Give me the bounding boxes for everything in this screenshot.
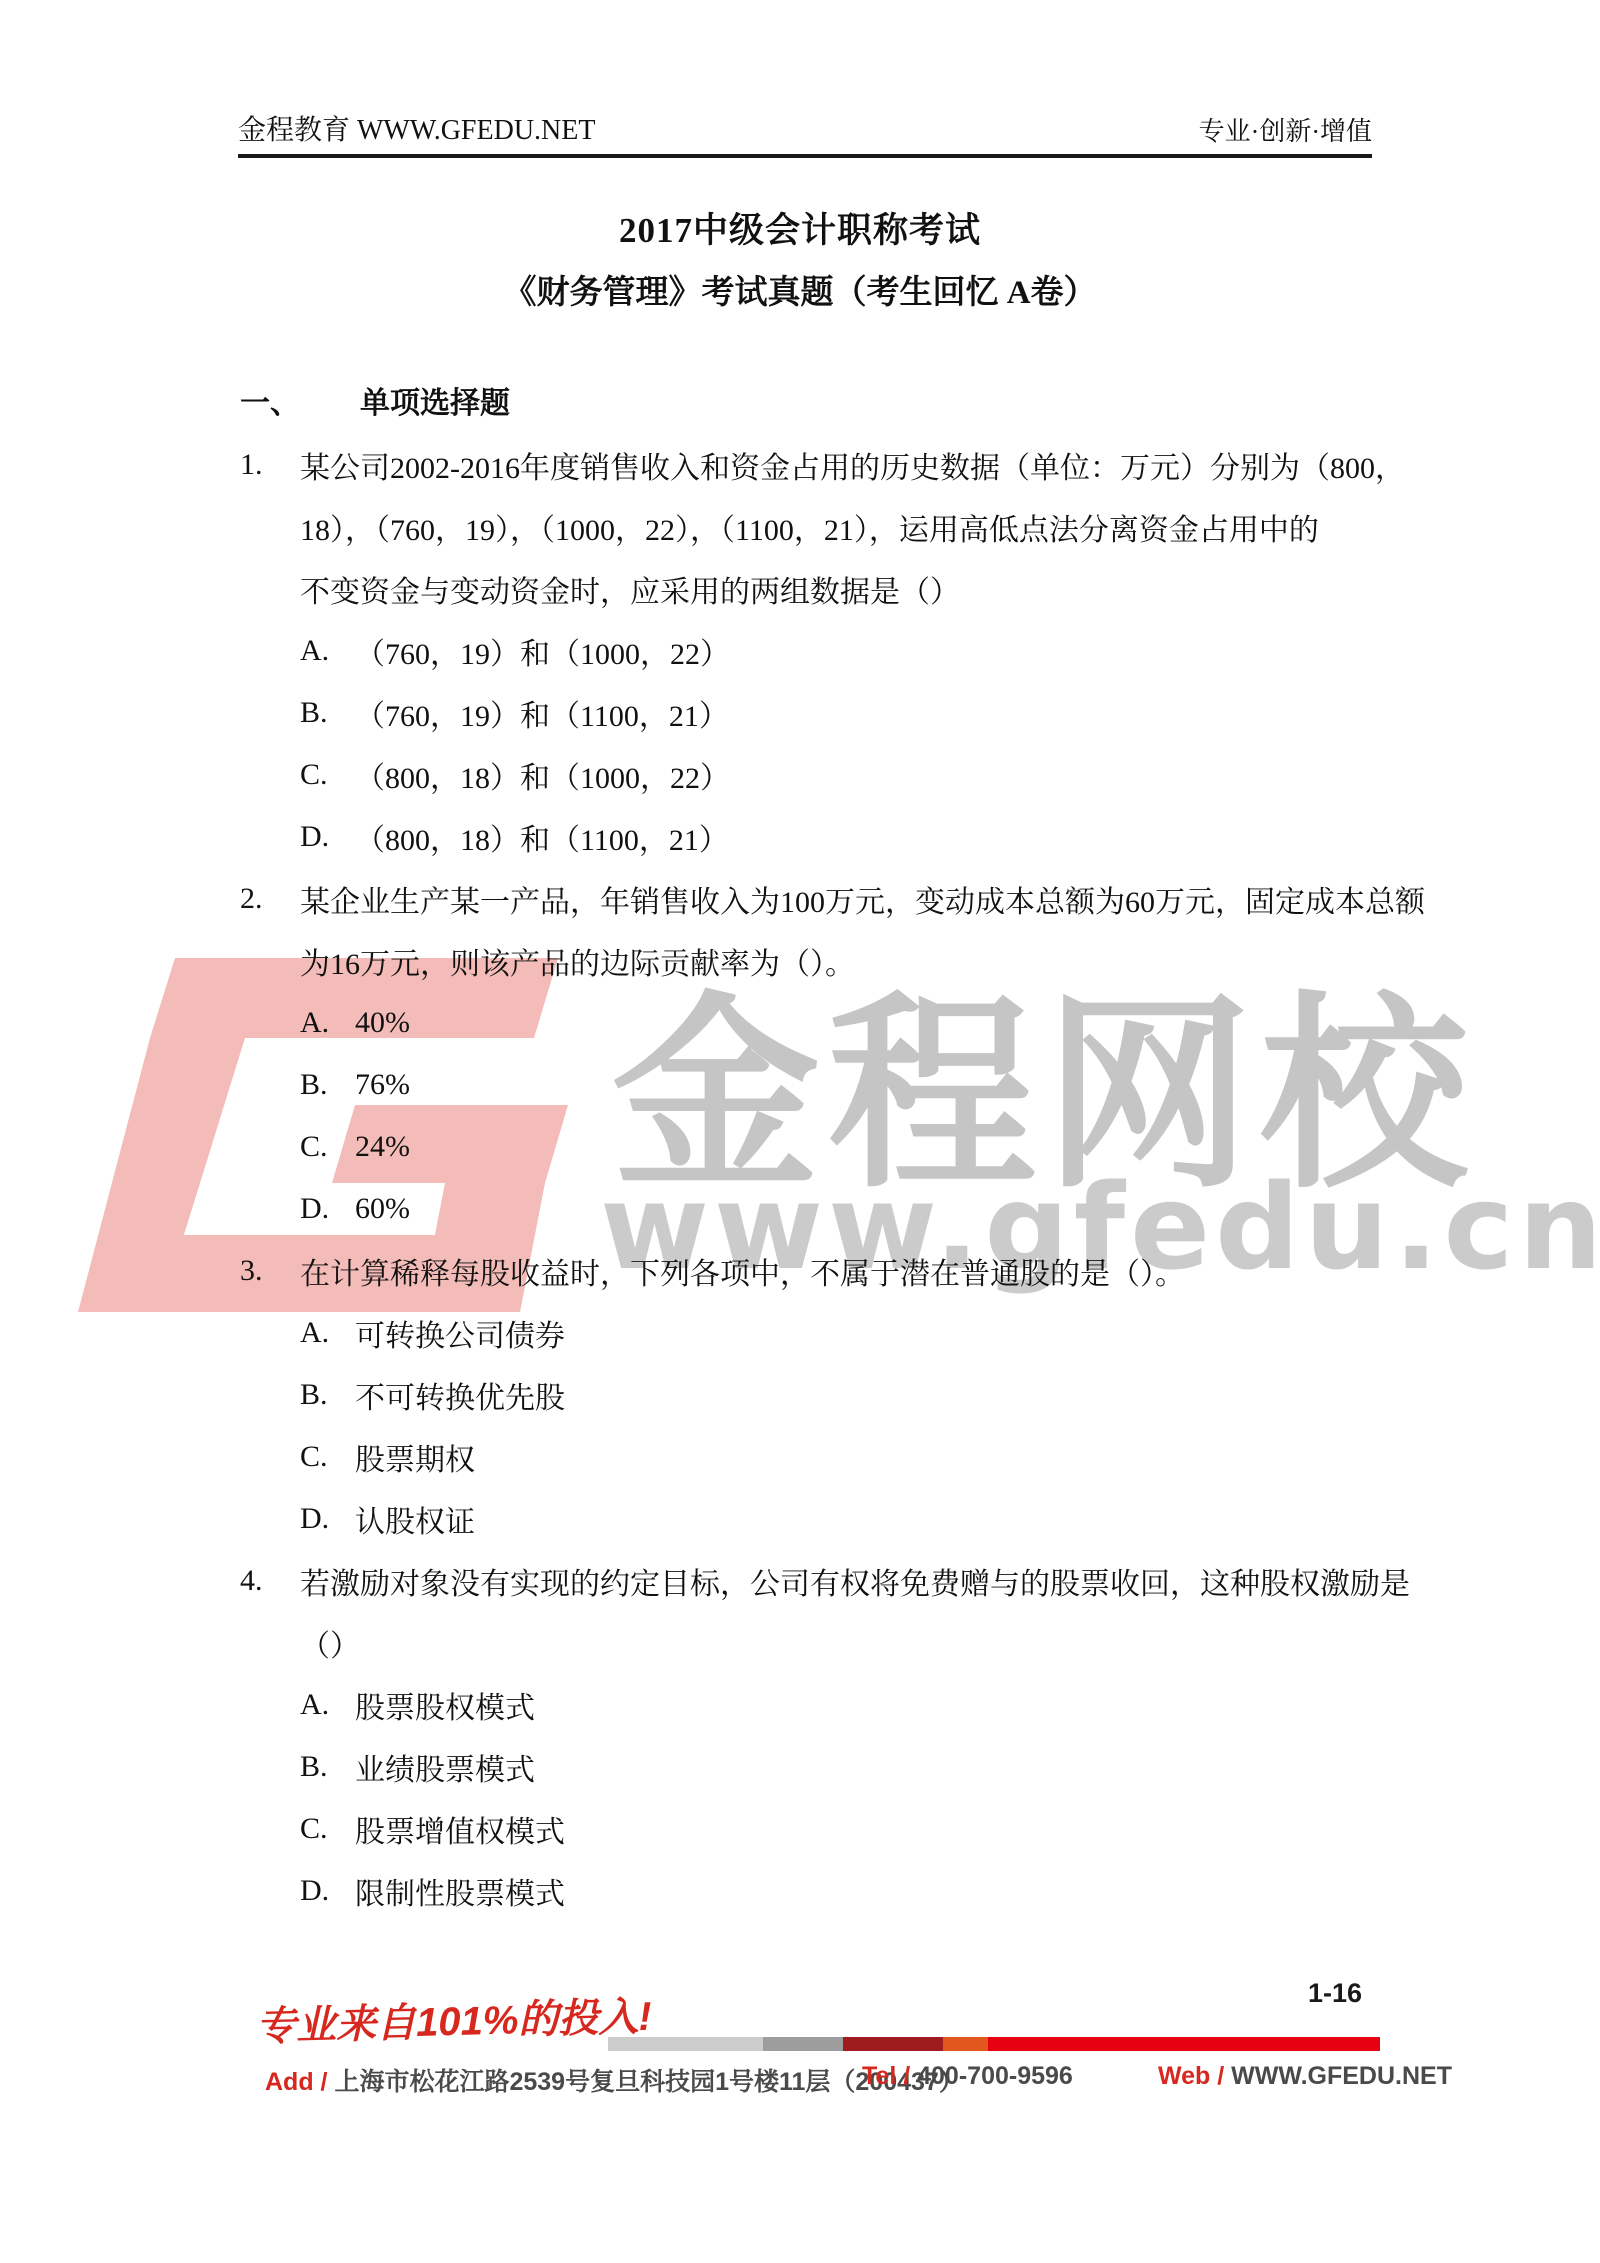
question-line-row: 4.若激励对象没有实现的约定目标，公司有权将免费赠与的股票收回，这种股权激励是 <box>0 1550 1600 1612</box>
option-letter: A. <box>300 1006 355 1040</box>
footer-tel-text: 400-700-9596 <box>917 2062 1073 2090</box>
page-number: 1-16 <box>1308 1978 1362 2009</box>
option-row: A.股票股权模式 <box>0 1674 1600 1736</box>
question-number: 4. <box>240 1564 300 1598</box>
option-text: 业绩股票模式 <box>355 1745 535 1789</box>
option-letter: D. <box>300 1502 355 1536</box>
option-row: A.可转换公司债券 <box>0 1302 1600 1364</box>
footer-web-text: WWW.GFEDU.NET <box>1231 2062 1452 2090</box>
option-letter: B. <box>300 1750 355 1784</box>
option-row: A.40% <box>0 992 1600 1054</box>
option-letter: D. <box>300 1192 355 1226</box>
option-letter: C. <box>300 1440 355 1474</box>
option-text: 24% <box>355 1130 410 1164</box>
option-letter: B. <box>300 1378 355 1412</box>
document-subtitle: 《财务管理》考试真题（考生回忆 A卷） <box>0 266 1600 313</box>
option-text: （760，19）和（1100，21） <box>355 691 729 735</box>
option-text: 不可转换优先股 <box>355 1373 565 1417</box>
option-row: C.股票增值权模式 <box>0 1798 1600 1860</box>
option-letter: B. <box>300 696 355 730</box>
question-text: （） <box>300 1621 360 1665</box>
question-text: 某企业生产某一产品，年销售收入为100万元，变动成本总额为60万元，固定成本总额 <box>300 877 1425 921</box>
header-motto-text: 专业·创新·增值 <box>1199 111 1372 148</box>
footer-slogan: 专业来自101%的投入! <box>255 1995 652 2049</box>
option-row: C.24% <box>0 1116 1600 1178</box>
question-text: 不变资金与变动资金时，应采用的两组数据是（） <box>300 567 960 611</box>
footer-bar-segment <box>843 2037 943 2051</box>
option-text: 40% <box>355 1006 410 1040</box>
footer-address-label: Add / <box>265 2068 328 2096</box>
footer-tel: Tel / 400-700-9596 <box>862 2062 1073 2091</box>
question-line-row: 2.某企业生产某一产品，年销售收入为100万元，变动成本总额为60万元，固定成本… <box>0 868 1600 930</box>
option-letter: C. <box>300 758 355 792</box>
option-row: D.60% <box>0 1178 1600 1240</box>
header-brand-text: 金程教育 WWW.GFEDU.NET <box>238 108 595 148</box>
footer-bar-segment <box>988 2037 1380 2051</box>
footer-bar-segment <box>943 2037 988 2051</box>
option-text: 股票期权 <box>355 1435 475 1479</box>
question-text: 若激励对象没有实现的约定目标，公司有权将免费赠与的股票收回，这种股权激励是 <box>300 1559 1410 1603</box>
option-text: 股票增值权模式 <box>355 1807 565 1851</box>
question-line-row: 不变资金与变动资金时，应采用的两组数据是（） <box>0 558 1600 620</box>
page-header: 金程教育 WWW.GFEDU.NET 专业·创新·增值 <box>238 104 1372 158</box>
option-letter: A. <box>300 1316 355 1350</box>
question-line-row: （） <box>0 1612 1600 1674</box>
option-text: 股票股权模式 <box>355 1683 535 1727</box>
option-row: B.不可转换优先股 <box>0 1364 1600 1426</box>
footer-tel-label: Tel / <box>862 2062 910 2090</box>
option-row: C.（800，18）和（1000，22） <box>0 744 1600 806</box>
option-text: 76% <box>355 1068 410 1102</box>
exam-document-page: 金程网校 www.gfedu.cn 金程教育 WWW.GFEDU.NET 专业·… <box>0 0 1600 2263</box>
option-letter: C. <box>300 1130 355 1164</box>
question-number: 3. <box>240 1254 300 1288</box>
question-list: 1.某公司2002-2016年度销售收入和资金占用的历史数据（单位：万元）分别为… <box>0 434 1600 1922</box>
option-text: 认股权证 <box>355 1497 475 1541</box>
option-row: D.（800，18）和（1100，21） <box>0 806 1600 868</box>
question-line-row: 为16万元，则该产品的边际贡献率为（）。 <box>0 930 1600 992</box>
question-line-row: 1.某公司2002-2016年度销售收入和资金占用的历史数据（单位：万元）分别为… <box>0 434 1600 496</box>
option-row: B.（760，19）和（1100，21） <box>0 682 1600 744</box>
footer-bar-segment <box>608 2037 763 2051</box>
option-letter: C. <box>300 1812 355 1846</box>
option-letter: A. <box>300 634 355 668</box>
option-row: C.股票期权 <box>0 1426 1600 1488</box>
section-label: 单项选择题 <box>360 378 510 422</box>
footer-bar-segment <box>763 2037 843 2051</box>
option-letter: A. <box>300 1688 355 1722</box>
option-text: （800，18）和（1000，22） <box>355 753 730 797</box>
option-letter: D. <box>300 1874 355 1908</box>
option-row: B.业绩股票模式 <box>0 1736 1600 1798</box>
question-line-row: 3.在计算稀释每股收益时，下列各项中，不属于潜在普通股的是（）。 <box>0 1240 1600 1302</box>
option-row: D.限制性股票模式 <box>0 1860 1600 1922</box>
option-row: A.（760，19）和（1000，22） <box>0 620 1600 682</box>
question-text: 在计算稀释每股收益时，下列各项中，不属于潜在普通股的是（）。 <box>300 1249 1185 1293</box>
option-text: （800，18）和（1100，21） <box>355 815 729 859</box>
option-row: B.76% <box>0 1054 1600 1116</box>
question-number: 1. <box>240 448 300 482</box>
question-text: 某公司2002-2016年度销售收入和资金占用的历史数据（单位：万元）分别为（8… <box>300 443 1405 487</box>
option-text: 可转换公司债券 <box>355 1311 565 1355</box>
question-line-row: 18），（760，19），（1000，22），（1100，21），运用高低点法分… <box>0 496 1600 558</box>
option-row: D.认股权证 <box>0 1488 1600 1550</box>
footer-address: Add / 上海市松花江路2539号复旦科技园1号楼11层（200437） <box>265 2062 964 2098</box>
option-text: （760，19）和（1000，22） <box>355 629 730 673</box>
footer-web-label: Web / <box>1158 2062 1224 2090</box>
footer-web: Web / WWW.GFEDU.NET <box>1158 2062 1452 2091</box>
document-title: 2017中级会计职称考试 <box>0 203 1600 253</box>
option-text: 限制性股票模式 <box>355 1869 565 1913</box>
option-letter: D. <box>300 820 355 854</box>
question-text: 为16万元，则该产品的边际贡献率为（）。 <box>300 939 855 983</box>
section-index: 一、 <box>240 378 300 422</box>
option-letter: B. <box>300 1068 355 1102</box>
footer-accent-bar <box>608 2037 1380 2051</box>
footer-contact-line: Add / 上海市松花江路2539号复旦科技园1号楼11层（200437） Te… <box>0 2062 1600 2096</box>
option-text: 60% <box>355 1192 410 1226</box>
question-text: 18），（760，19），（1000，22），（1100，21），运用高低点法分… <box>300 505 1319 549</box>
content-layer: 金程教育 WWW.GFEDU.NET 专业·创新·增值 2017中级会计职称考试… <box>0 0 1600 2263</box>
question-number: 2. <box>240 882 300 916</box>
